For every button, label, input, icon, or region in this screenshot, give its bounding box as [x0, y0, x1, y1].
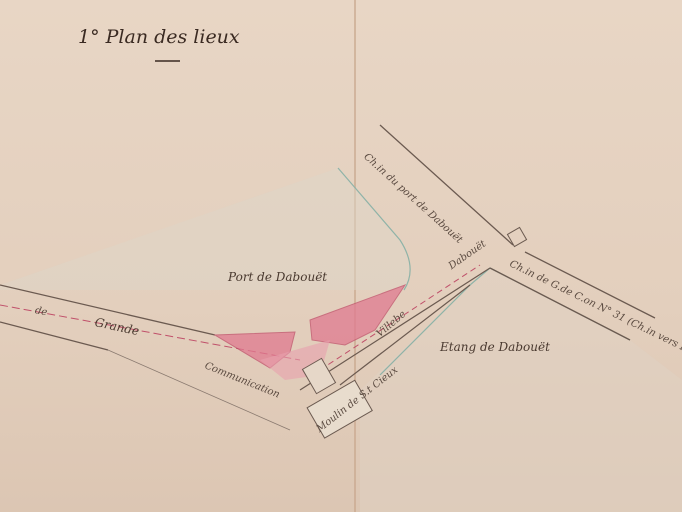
- map-drawing: [0, 0, 682, 512]
- label-port: Port de Dabouët: [228, 270, 327, 284]
- map-title: 1° Plan des lieux: [78, 26, 240, 48]
- map-sheet: 1° Plan des lieux Port de Dabouët Etang …: [0, 0, 682, 512]
- label-etang: Etang de Dabouët: [440, 340, 550, 354]
- port-water: [0, 168, 410, 290]
- etang-water: [360, 268, 682, 512]
- label-de: de: [34, 305, 48, 318]
- pink-parcel-right: [310, 285, 405, 345]
- small-building: [507, 227, 526, 246]
